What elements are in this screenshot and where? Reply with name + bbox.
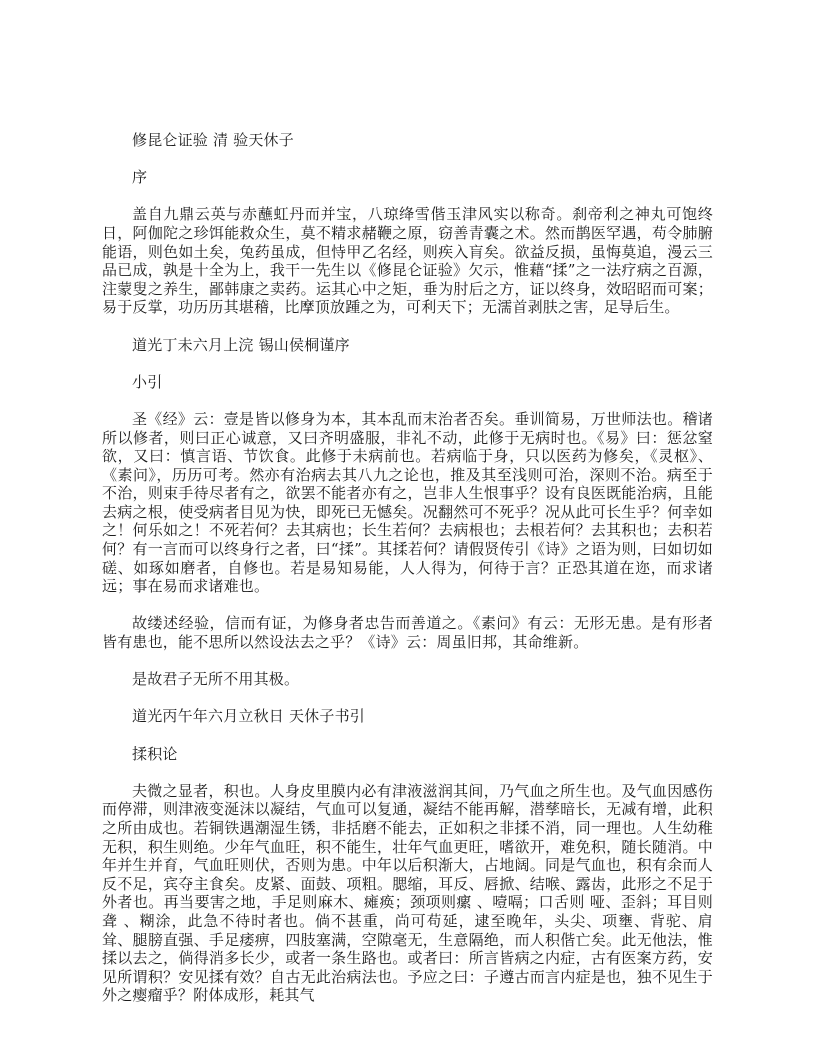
rouji-lun-paragraph: 夫微之显者，积也。人身皮里膜内必有津液滋润其间，乃气血之所生也。及气血因感伤而停… (102, 782, 713, 1005)
heading-preface: 序 (102, 168, 713, 187)
document-page: 修昆仑证验 清 验天休子 序 盖自九鼎云英与赤蘸虹丹而并宝，八琼绛雪偕玉津风实以… (0, 0, 816, 1056)
preface-paragraph: 盖自九鼎云英与赤蘸虹丹而并宝，八琼绛雪偕玉津风实以称奇。刹帝利之神丸可饱终日，阿… (102, 205, 713, 317)
heading-introduction: 小引 (102, 373, 713, 392)
introduction-paragraph-1: 圣《经》云：壹是皆以修身为本，其本乱而末治者否矣。垂训简易，万世师法也。稽诸所以… (102, 410, 713, 596)
document-body: 修昆仑证验 清 验天休子 序 盖自九鼎云英与赤蘸虹丹而并宝，八琼绛雪偕玉津风实以… (102, 131, 713, 1005)
introduction-paragraph-2: 故缕述经验，信而有证，为修身者忠告而善道之。《素问》有云：无形无患。是有形者皆有… (102, 614, 713, 651)
introduction-closing-line: 是故君子无所不用其极。 (102, 670, 713, 689)
introduction-signature: 道光丙午年六月立秋日 天休子书引 (102, 707, 713, 726)
heading-rouji-lun: 揉积论 (102, 745, 713, 764)
preface-signature: 道光丁未六月上浣 锡山侯桐谨序 (102, 336, 713, 355)
book-title-line: 修昆仑证验 清 验天休子 (102, 131, 713, 150)
